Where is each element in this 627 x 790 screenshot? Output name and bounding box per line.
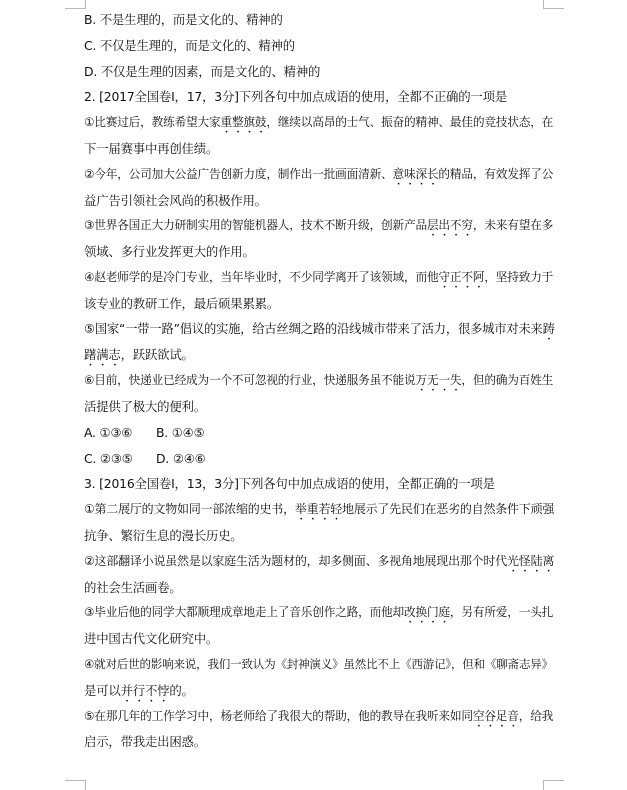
q2-option-c: C. ②③⑤ — [84, 446, 156, 472]
q2-item-2: ②今年，公司加大公益广告创新力度，制作出一批画面清新、意味深长的精品，有效发挥了… — [84, 162, 554, 188]
q2-options-row-1: A. ①③⑥B. ①④⑤ — [84, 420, 554, 446]
emphasized-idiom: 守正不阿 — [438, 270, 484, 284]
q2-item-6-cont: 活提供了极大的便利。 — [84, 394, 554, 420]
q3-stem: 3. [2016全国卷Ⅰ，13，3分]下列各句中加点成语的使用，全都正确的一项是 — [84, 471, 554, 497]
q3-item-5: ⑤在那几年的工作学习中，杨老师给了我很大的帮助，他的教导在我听来如同空谷足音，给… — [84, 704, 554, 730]
emphasized-idiom: 层出不穷 — [427, 218, 473, 232]
q2-item-5-cont: 躇满志，跃跃欲试。 — [84, 342, 554, 368]
emphasized-idiom: 空谷足音 — [473, 709, 519, 723]
q3-item-3-cont: 进中国古代文化研究中。 — [84, 626, 554, 652]
q2-item-2-cont: 益广告引领社会风尚的积极作用。 — [84, 188, 554, 214]
emphasized-idiom: 万无一失 — [415, 373, 461, 387]
q2-item-5: ⑤国家“一带一路”倡议的实施，给古丝绸之路的沿线城市带来了活力，很多城市对未来踌 — [84, 317, 554, 343]
q1-option-b: B. 不是生理的，而是文化的、精神的 — [84, 7, 554, 33]
emphasized-idiom: 并行不悖 — [121, 683, 170, 698]
q2-item-3: ③世界各国正大力研制实用的智能机器人，技术不断升级，创新产品层出不穷，未来有望在… — [84, 213, 554, 239]
q2-options-row-2: C. ②③⑤D. ②④⑥ — [84, 446, 554, 472]
crop-mark-bottom-right — [543, 780, 564, 790]
emphasized-idiom: 躇满志 — [84, 347, 121, 362]
q2-item-6: ⑥目前，快递业已经成为一个不可忽视的行业，快递服务虽不能说万无一失，但的确为百姓… — [84, 368, 554, 394]
emphasized-idiom: 踌 — [543, 322, 555, 336]
q2-item-1: ①比赛过后，教练希望大家重整旗鼓，继续以高昂的士气、振奋的精神、最佳的竞技状态，… — [84, 110, 554, 136]
q2-option-d: D. ②④⑥ — [156, 446, 228, 472]
q3-item-4: ④就对后世的影响来说，我们一致认为《封神演义》虽然比不上《西游记》，但和《聊斋志… — [84, 652, 554, 678]
q3-item-2: ②这部翻译小说虽然是以家庭生活为题材的，却多侧面、多视角地展现出那个时代光怪陆离 — [84, 549, 554, 575]
q2-stem: 2. [2017全国卷Ⅰ，17，3分]下列各句中加点成语的使用，全都不正确的一项… — [84, 84, 554, 110]
emphasized-idiom: 意味深长 — [393, 167, 439, 181]
emphasized-idiom: 重整旗鼓 — [220, 115, 266, 129]
q3-item-5-cont: 启示，带我走出困惑。 — [84, 729, 554, 755]
q3-item-1: ①第二展厅的文物如同一部浓缩的史书，举重若轻地展示了先民们在恶劣的自然条件下顽强 — [84, 497, 554, 523]
q1-option-d: D. 不仅是生理的因素，而是文化的、精神的 — [84, 59, 554, 85]
crop-mark-bottom-left — [65, 780, 86, 790]
q2-item-3-cont: 领域、多行业发挥更大的作用。 — [84, 239, 554, 265]
emphasized-idiom: 举重若轻 — [295, 502, 342, 516]
crop-mark-top-left — [65, 0, 86, 9]
q3-item-4-cont: 是可以并行不悖的。 — [84, 678, 554, 704]
q2-option-b: B. ①④⑤ — [156, 420, 228, 446]
q3-item-1-cont: 抗争、繁衍生息的漫长历史。 — [84, 523, 554, 549]
document-page: B. 不是生理的，而是文化的、精神的 C. 不仅是生理的，而是文化的、精神的 D… — [84, 7, 554, 755]
emphasized-idiom: 光怪陆离 — [507, 554, 554, 568]
q3-item-3: ③毕业后他的同学大都顺理成章地走上了音乐创作之路，而他却改换门庭，另有所爱，一头… — [84, 600, 554, 626]
q3-item-2-cont: 的社会生活画卷。 — [84, 575, 554, 601]
q2-item-1-cont: 下一届赛事中再创佳绩。 — [84, 136, 554, 162]
q2-item-4-cont: 该专业的教研工作，最后硕果累累。 — [84, 291, 554, 317]
q1-option-c: C. 不仅是生理的，而是文化的、精神的 — [84, 33, 554, 59]
q2-item-4: ④赵老师学的是冷门专业，当年毕业时，不少同学离开了该领域，而他守正不阿，坚持致力… — [84, 265, 554, 291]
emphasized-idiom: 改换门庭 — [404, 605, 450, 619]
q2-option-a: A. ①③⑥ — [84, 420, 156, 446]
